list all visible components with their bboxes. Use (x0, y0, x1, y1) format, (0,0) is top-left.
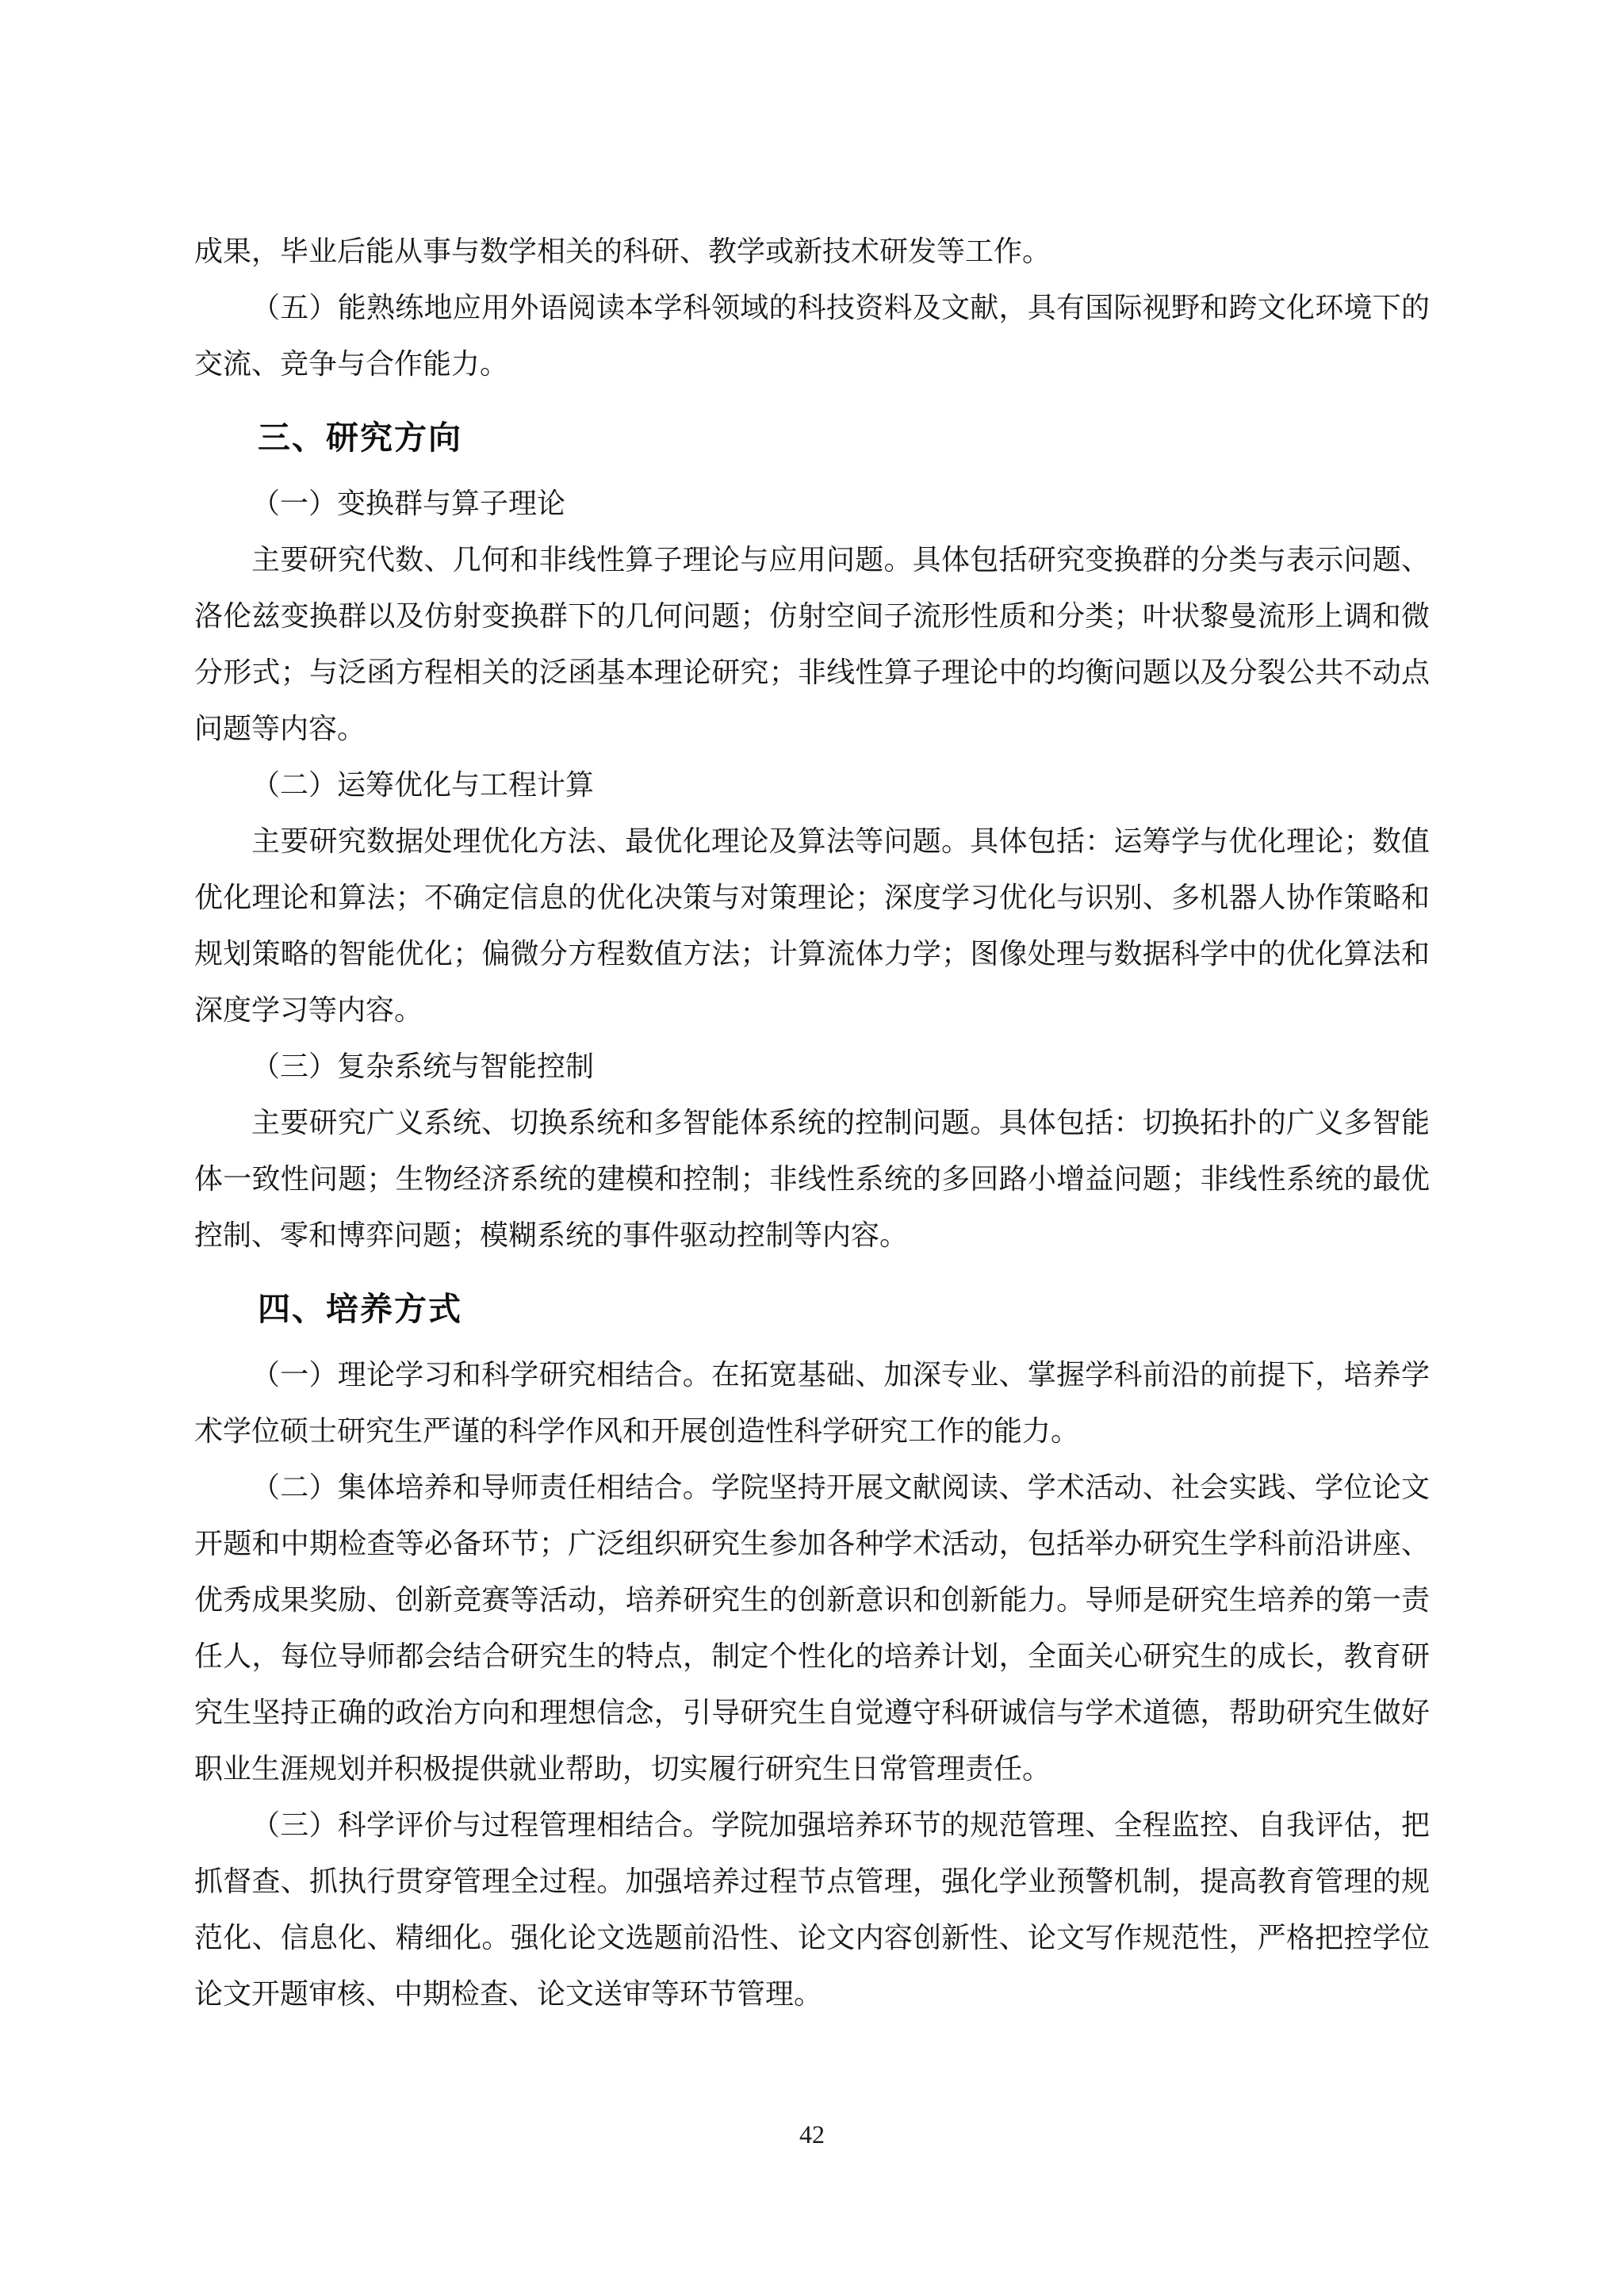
paragraph-training-3: （三）科学评价与过程管理相结合。学院加强培养环节的规范管理、全程监控、自我评估，… (194, 1797, 1430, 2022)
subheading-direction-1: （一）变换群与算子理论 (194, 476, 1430, 532)
paragraph-training-1: （一）理论学习和科学研究相结合。在拓宽基础、加深专业、掌握学科前沿的前提下，培养… (194, 1347, 1430, 1460)
paragraph-direction-1: 主要研究代数、几何和非线性算子理论与应用问题。具体包括研究变换群的分类与表示问题… (194, 532, 1430, 757)
document-body: 成果，毕业后能从事与数学相关的科研、教学或新技术研发等工作。 （五）能熟练地应用… (194, 224, 1430, 2022)
heading-research-directions: 三、研究方向 (194, 409, 1430, 466)
subheading-direction-3: （三）复杂系统与智能控制 (194, 1039, 1430, 1095)
paragraph-training-2: （二）集体培养和导师责任相结合。学院坚持开展文献阅读、学术活动、社会实践、学位论… (194, 1460, 1430, 1797)
document-page: 成果，毕业后能从事与数学相关的科研、教学或新技术研发等工作。 （五）能熟练地应用… (0, 0, 1624, 2296)
continuation-paragraph: 成果，毕业后能从事与数学相关的科研、教学或新技术研发等工作。 (194, 224, 1430, 280)
subheading-direction-2: （二）运筹优化与工程计算 (194, 757, 1430, 813)
heading-training-mode: 四、培养方式 (194, 1280, 1430, 1337)
paragraph-item-5-language-ability: （五）能熟练地应用外语阅读本学科领域的科技资料及文献，具有国际视野和跨文化环境下… (194, 280, 1430, 392)
page-number: 42 (0, 2118, 1624, 2150)
paragraph-direction-2: 主要研究数据处理优化方法、最优化理论及算法等问题。具体包括：运筹学与优化理论；数… (194, 813, 1430, 1039)
paragraph-direction-3: 主要研究广义系统、切换系统和多智能体系统的控制问题。具体包括：切换拓扑的广义多智… (194, 1095, 1430, 1264)
